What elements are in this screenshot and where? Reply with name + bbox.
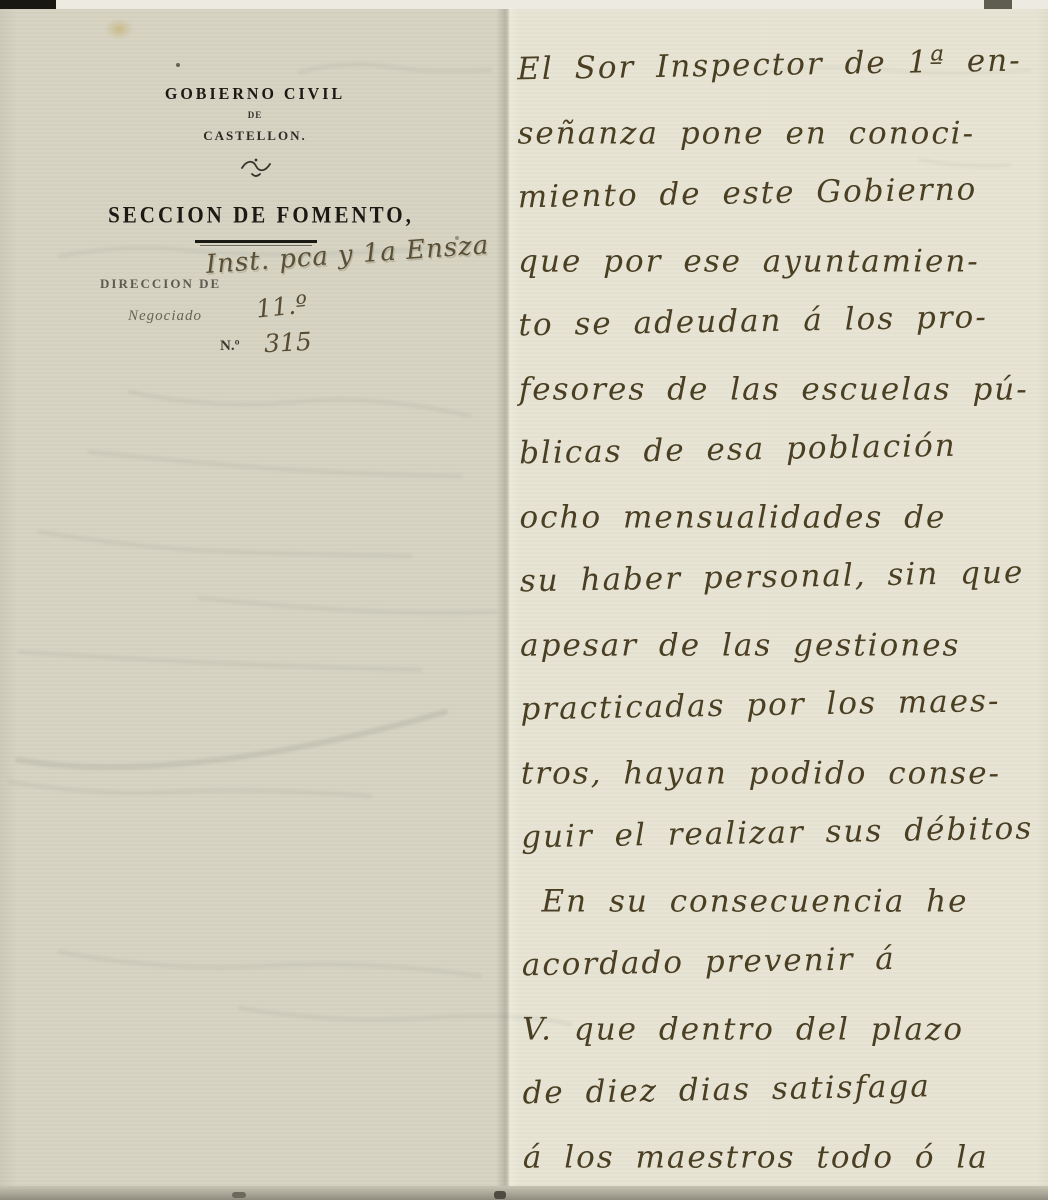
letter-line: á los maestros todo ó la bbox=[523, 1125, 1047, 1189]
number-label: N.º bbox=[220, 338, 240, 355]
letter-line: V. que dentro del plazo bbox=[522, 997, 1046, 1061]
scan-edge-artifact bbox=[984, 0, 1012, 9]
scan-edge-mark bbox=[232, 1192, 246, 1198]
letter-line: miento de este Gobierno bbox=[517, 156, 1042, 229]
letter-line: to se adeudan á los pro- bbox=[518, 284, 1043, 357]
letterhead-province: CASTELLON. bbox=[150, 128, 360, 144]
paper-speck bbox=[176, 63, 180, 67]
paper-stain bbox=[104, 18, 134, 40]
direction-label: DIRECCION DE bbox=[100, 276, 221, 292]
scan-edge-top bbox=[56, 0, 1048, 9]
letter-line: fesores de las escuelas pú- bbox=[519, 357, 1043, 421]
letter-line: que por ese ayuntamien- bbox=[518, 229, 1042, 293]
letter-line: guir el realizar sus débitos bbox=[521, 796, 1046, 869]
scanned-letter-document: GOBIERNO CIVIL DE CASTELLON. SECCION DE … bbox=[0, 0, 1048, 1200]
scan-edge-mark bbox=[494, 1191, 506, 1199]
paper-speck bbox=[455, 236, 459, 240]
number-handwritten-value: 315 bbox=[263, 327, 312, 358]
letter-line: tros, hayan podido conse- bbox=[521, 741, 1045, 805]
fold-crease bbox=[496, 0, 518, 1200]
scan-edge-top-left bbox=[0, 0, 56, 9]
letter-line: En su consecuencia he bbox=[522, 869, 1046, 933]
letterhead-government-title: GOBIERNO CIVIL bbox=[150, 86, 360, 105]
letterhead-of: DE bbox=[150, 110, 360, 120]
printer-ornament-icon bbox=[238, 156, 274, 182]
letter-line: El Sor Inspector de 1ª en- bbox=[517, 28, 1042, 101]
letter-line: ocho mensualidades de bbox=[520, 485, 1044, 549]
letter-line: señanza pone en conoci- bbox=[517, 101, 1041, 165]
letter-line: acordado prevenir á bbox=[521, 924, 1046, 997]
negociado-label: Negociado bbox=[128, 308, 202, 325]
letterhead-section-title: SECCION DE FOMENTO, bbox=[96, 202, 426, 229]
letter-line: su haber personal, sin que bbox=[519, 540, 1044, 613]
letter-line: de diez dias satisfaga bbox=[522, 1052, 1047, 1125]
letter-body: El Sor Inspector de 1ª en- señanza pone … bbox=[517, 35, 1047, 1190]
letter-line: practicadas por los maes- bbox=[520, 668, 1045, 741]
letter-line: apesar de las gestiones bbox=[520, 613, 1044, 677]
scan-edge-bottom bbox=[0, 1186, 1048, 1200]
letter-line: blicas de esa población bbox=[519, 412, 1044, 485]
negociado-handwritten-value: 11.º bbox=[255, 289, 309, 323]
